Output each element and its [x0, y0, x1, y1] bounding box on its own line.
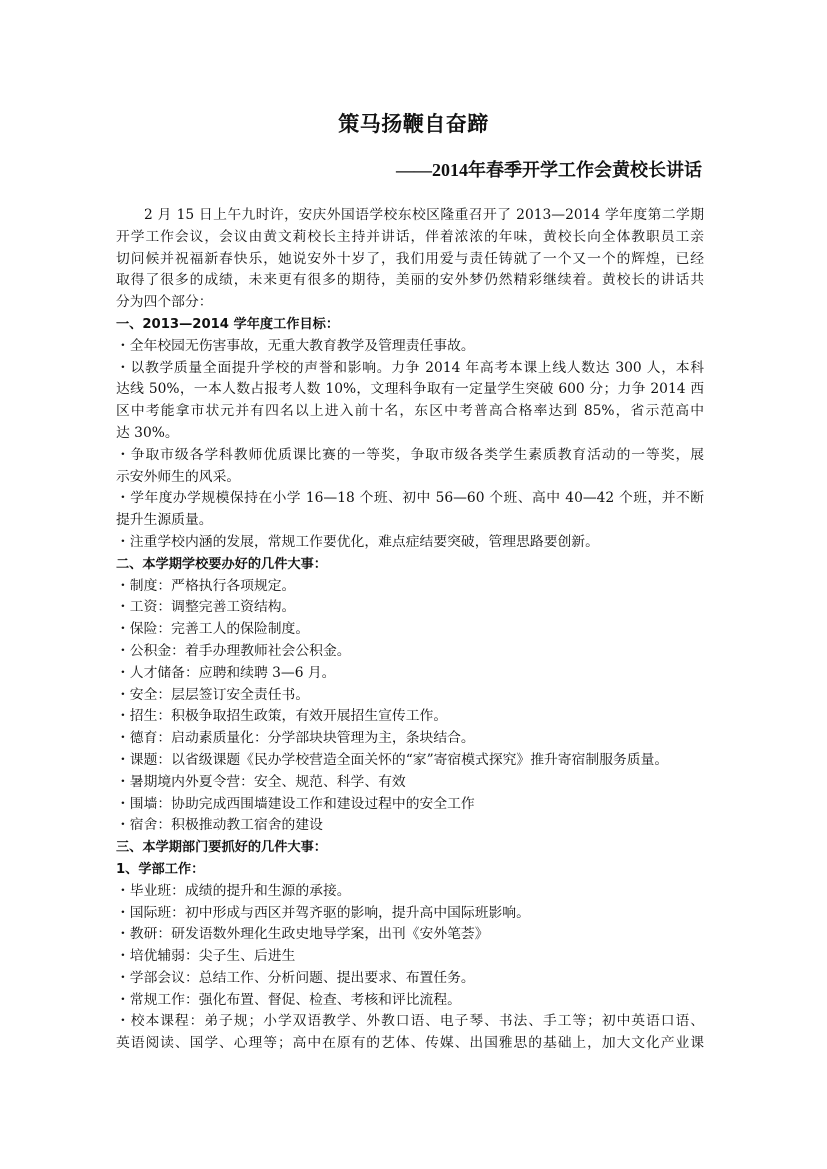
list-item: ・制度：严格执行各项规定。: [116, 576, 704, 598]
list-item: ・校本课程：弟子规；小学双语教学、外教口语、电子琴、书法、手工等；初中英语口语、: [116, 1011, 704, 1033]
list-item: ・保险：完善工人的保险制度。: [116, 619, 704, 641]
section-major-tasks: 二、本学期学校要办好的几件大事： ・制度：严格执行各项规定。 ・工资：调整完善工…: [116, 554, 704, 837]
section-work-goals: 一、2013—2014 学年度工作目标： ・全年校园无伤害事故，无重大教育教学及…: [116, 314, 704, 554]
list-item: ・争取市级各学科教师优质课比赛的一等奖，争取市级各类学生素质教育活动的一等奖，展: [116, 445, 704, 467]
list-item: ・注重学校内涵的发展，常规工作要优化，难点症结要突破，管理思路要创新。: [116, 532, 704, 554]
list-item: ・暑期境内外夏令营：安全、规范、科学、有效: [116, 772, 704, 794]
list-item: ・国际班：初中形成与西区并驾齐驱的影响，提升高中国际班影响。: [116, 903, 704, 925]
list-item: ・教研：研发语数外理化生政史地导学案，出刊《安外笔荟》: [116, 924, 704, 946]
list-item: ・公积金：着手办理教师社会公积金。: [116, 641, 704, 663]
document-subtitle: ——2014年春季开学工作会黄校长讲话: [396, 156, 702, 182]
list-item: ・工资：调整完善工资结构。: [116, 597, 704, 619]
list-item: ・安全：层层签订安全责任书。: [116, 685, 704, 707]
section-heading: 一、2013—2014 学年度工作目标：: [116, 314, 704, 336]
list-item-continuation: 达 30%。: [116, 423, 704, 445]
section-department-tasks: 三、本学期部门要抓好的几件大事： 1、学部工作： ・毕业班：成绩的提升和生源的承…: [116, 837, 704, 1055]
list-item: ・课题：以省级课题《民办学校营造全面关怀的“家”寄宿模式探究》推升寄宿制服务质量…: [116, 750, 704, 772]
section-heading: 三、本学期部门要抓好的几件大事：: [116, 837, 704, 859]
list-item-continuation: 英语阅读、国学、心理等；高中在原有的艺体、传媒、出国雅思的基础上，加大文化产业课: [116, 1033, 704, 1055]
list-item-continuation: 达线 50%，一本人数占报考人数 10%，文理科争取有一定量学生突破 600 分…: [116, 379, 704, 401]
list-item: ・常规工作：强化布置、督促、检查、考核和评比流程。: [116, 990, 704, 1012]
intro-line: 切问候并祝福新春快乐，她说安外十岁了，我们用爱与责任铸就了一个又一个的辉煌，已经: [116, 249, 704, 271]
list-item: ・毕业班：成绩的提升和生源的承接。: [116, 881, 704, 903]
intro-line: 开学工作会议，会议由黄文莉校长主持并讲话，伴着浓浓的年味，黄校长向全体教职员工亲: [116, 227, 704, 249]
list-item: ・全年校园无伤害事故，无重大教育教学及管理责任事故。: [116, 336, 704, 358]
document-body: 2 月 15 日上午九时许，安庆外国语学校东校区隆重召开了 2013—2014 …: [116, 205, 704, 1055]
list-item-continuation: 示安外师生的风采。: [116, 467, 704, 489]
list-item: ・宿舍：积极推动教工宿舍的建设: [116, 815, 704, 837]
document-title: 策马扬鞭自奋蹄: [0, 108, 827, 138]
list-item: ・学年度办学规模保持在小学 16—18 个班、初中 56—60 个班、高中 40…: [116, 488, 704, 510]
intro-paragraph: 2 月 15 日上午九时许，安庆外国语学校东校区隆重召开了 2013—2014 …: [116, 205, 704, 314]
intro-line: 2 月 15 日上午九时许，安庆外国语学校东校区隆重召开了 2013—2014 …: [116, 205, 704, 227]
list-item: ・德育：启动素质量化：分学部块块管理为主，条块结合。: [116, 728, 704, 750]
list-item: ・培优辅弱：尖子生、后进生: [116, 946, 704, 968]
list-item: ・人才储备：应聘和续聘 3—6 月。: [116, 663, 704, 685]
subsection-heading: 1、学部工作：: [116, 859, 704, 881]
intro-line: 取得了很多的成绩，未来更有很多的期待，美丽的安外梦仍然精彩继续着。黄校长的讲话共: [116, 270, 704, 292]
section-heading: 二、本学期学校要办好的几件大事：: [116, 554, 704, 576]
list-item: ・学部会议：总结工作、分析问题、提出要求、布置任务。: [116, 968, 704, 990]
list-item-continuation: 提升生源质量。: [116, 510, 704, 532]
list-item-continuation: 区中考能拿市状元并有四名以上进入前十名，东区中考普高合格率达到 85%，省示范高…: [116, 401, 704, 423]
intro-line: 分为四个部分：: [116, 292, 704, 314]
list-item: ・以教学质量全面提升学校的声誉和影响。力争 2014 年高考本课上线人数达 30…: [116, 358, 704, 380]
list-item: ・围墙：协助完成西围墙建设工作和建设过程中的安全工作: [116, 794, 704, 816]
list-item: ・招生：积极争取招生政策，有效开展招生宣传工作。: [116, 706, 704, 728]
